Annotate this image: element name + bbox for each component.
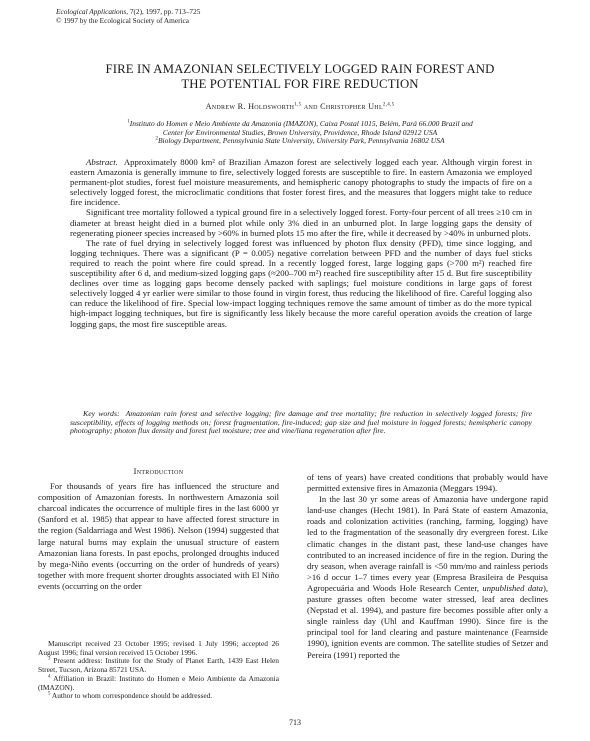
author-2-affil: 2,4,5 (383, 102, 395, 107)
section-heading-introduction: Introduction (38, 466, 279, 477)
footnote-4-marker: 4 (48, 674, 50, 679)
abstract-paragraph-1: Abstract.Approximately 8000 km² of Brazi… (70, 157, 532, 207)
footnote-3: 3 Present address: Institute for the Stu… (38, 657, 279, 674)
journal-ref: 7(2), 1997, pp. 713–725 (130, 7, 201, 16)
abstract-paragraph-3: The rate of fuel drying in selectively l… (70, 238, 532, 329)
abstract-label: Abstract. (86, 157, 118, 167)
title-line-1: FIRE IN AMAZONIAN SELECTIVELY LOGGED RAI… (40, 62, 560, 77)
intro-paragraph-1: For thousands of years fire has influenc… (38, 481, 279, 592)
journal-header: Ecological Applications, 7(2), 1997, pp.… (56, 8, 200, 25)
keywords: Key words: Amazonian rain forest and sel… (70, 410, 532, 436)
affiliations: 1Instituto do Homen e Meio Ambiente da A… (40, 120, 560, 146)
author-conjunction: and (304, 102, 318, 111)
author-1-affil: 1,5 (294, 102, 301, 107)
author-list: Andrew R. Holdsworth1,5 and Christopher … (40, 102, 560, 111)
right-column: of tens of years) have created condition… (307, 472, 548, 661)
intro-paragraph-2: In the last 30 yr some areas of Amazonia… (307, 494, 548, 660)
page-number: 713 (0, 718, 590, 727)
footnote-4-text: Affiliation in Brazil: Instituto do Home… (38, 674, 279, 692)
abstract: Abstract.Approximately 8000 km² of Brazi… (70, 157, 532, 329)
footnote-5: 5 Author to whom correspondence should b… (38, 692, 279, 701)
paper-title: FIRE IN AMAZONIAN SELECTIVELY LOGGED RAI… (40, 62, 560, 92)
abstract-paragraph-2: Significant tree mortality followed a ty… (70, 207, 532, 237)
footnote-3-marker: 3 (48, 657, 50, 662)
intro-p2-text-a: In the last 30 yr some areas of Amazonia… (307, 494, 548, 593)
keywords-label: Key words: (83, 409, 120, 418)
footnotes: Manuscript received 23 October 1995; rev… (38, 640, 279, 701)
author-2: Christopher Uhl (320, 102, 383, 111)
affiliation-2: 2Biology Department, Pennsylvania State … (40, 137, 560, 146)
intro-paragraph-1-cont: of tens of years) have created condition… (307, 472, 548, 494)
affil-2-line-1: Biology Department, Pennsylvania State U… (158, 136, 445, 145)
footnote-5-text: Author to whom correspondence should be … (52, 691, 212, 700)
manuscript-dates: Manuscript received 23 October 1995; rev… (38, 640, 279, 657)
footnote-3-text: Present address: Institute for the Study… (38, 656, 279, 674)
footnote-5-marker: 5 (48, 692, 50, 697)
title-line-2: THE POTENTIAL FOR FIRE REDUCTION (40, 77, 560, 92)
intro-p2-text-b: ), pasture grasses often become water st… (307, 583, 548, 660)
keywords-text: Amazonian rain forest and selective logg… (70, 409, 532, 435)
intro-p2-italic: unpublished data (482, 583, 543, 593)
footnote-4: 4 Affiliation in Brazil: Instituto do Ho… (38, 675, 279, 692)
abstract-p1-text: Approximately 8000 km² of Brazilian Amaz… (70, 157, 532, 207)
affil-1-line-1: Instituto do Homen e Meio Ambiente da Am… (130, 119, 473, 128)
copyright: © 1997 by the Ecological Society of Amer… (56, 17, 200, 26)
journal-name: Ecological Applications, (56, 7, 128, 16)
author-1: Andrew R. Holdsworth (206, 102, 295, 111)
left-column: Introduction For thousands of years fire… (38, 466, 279, 592)
